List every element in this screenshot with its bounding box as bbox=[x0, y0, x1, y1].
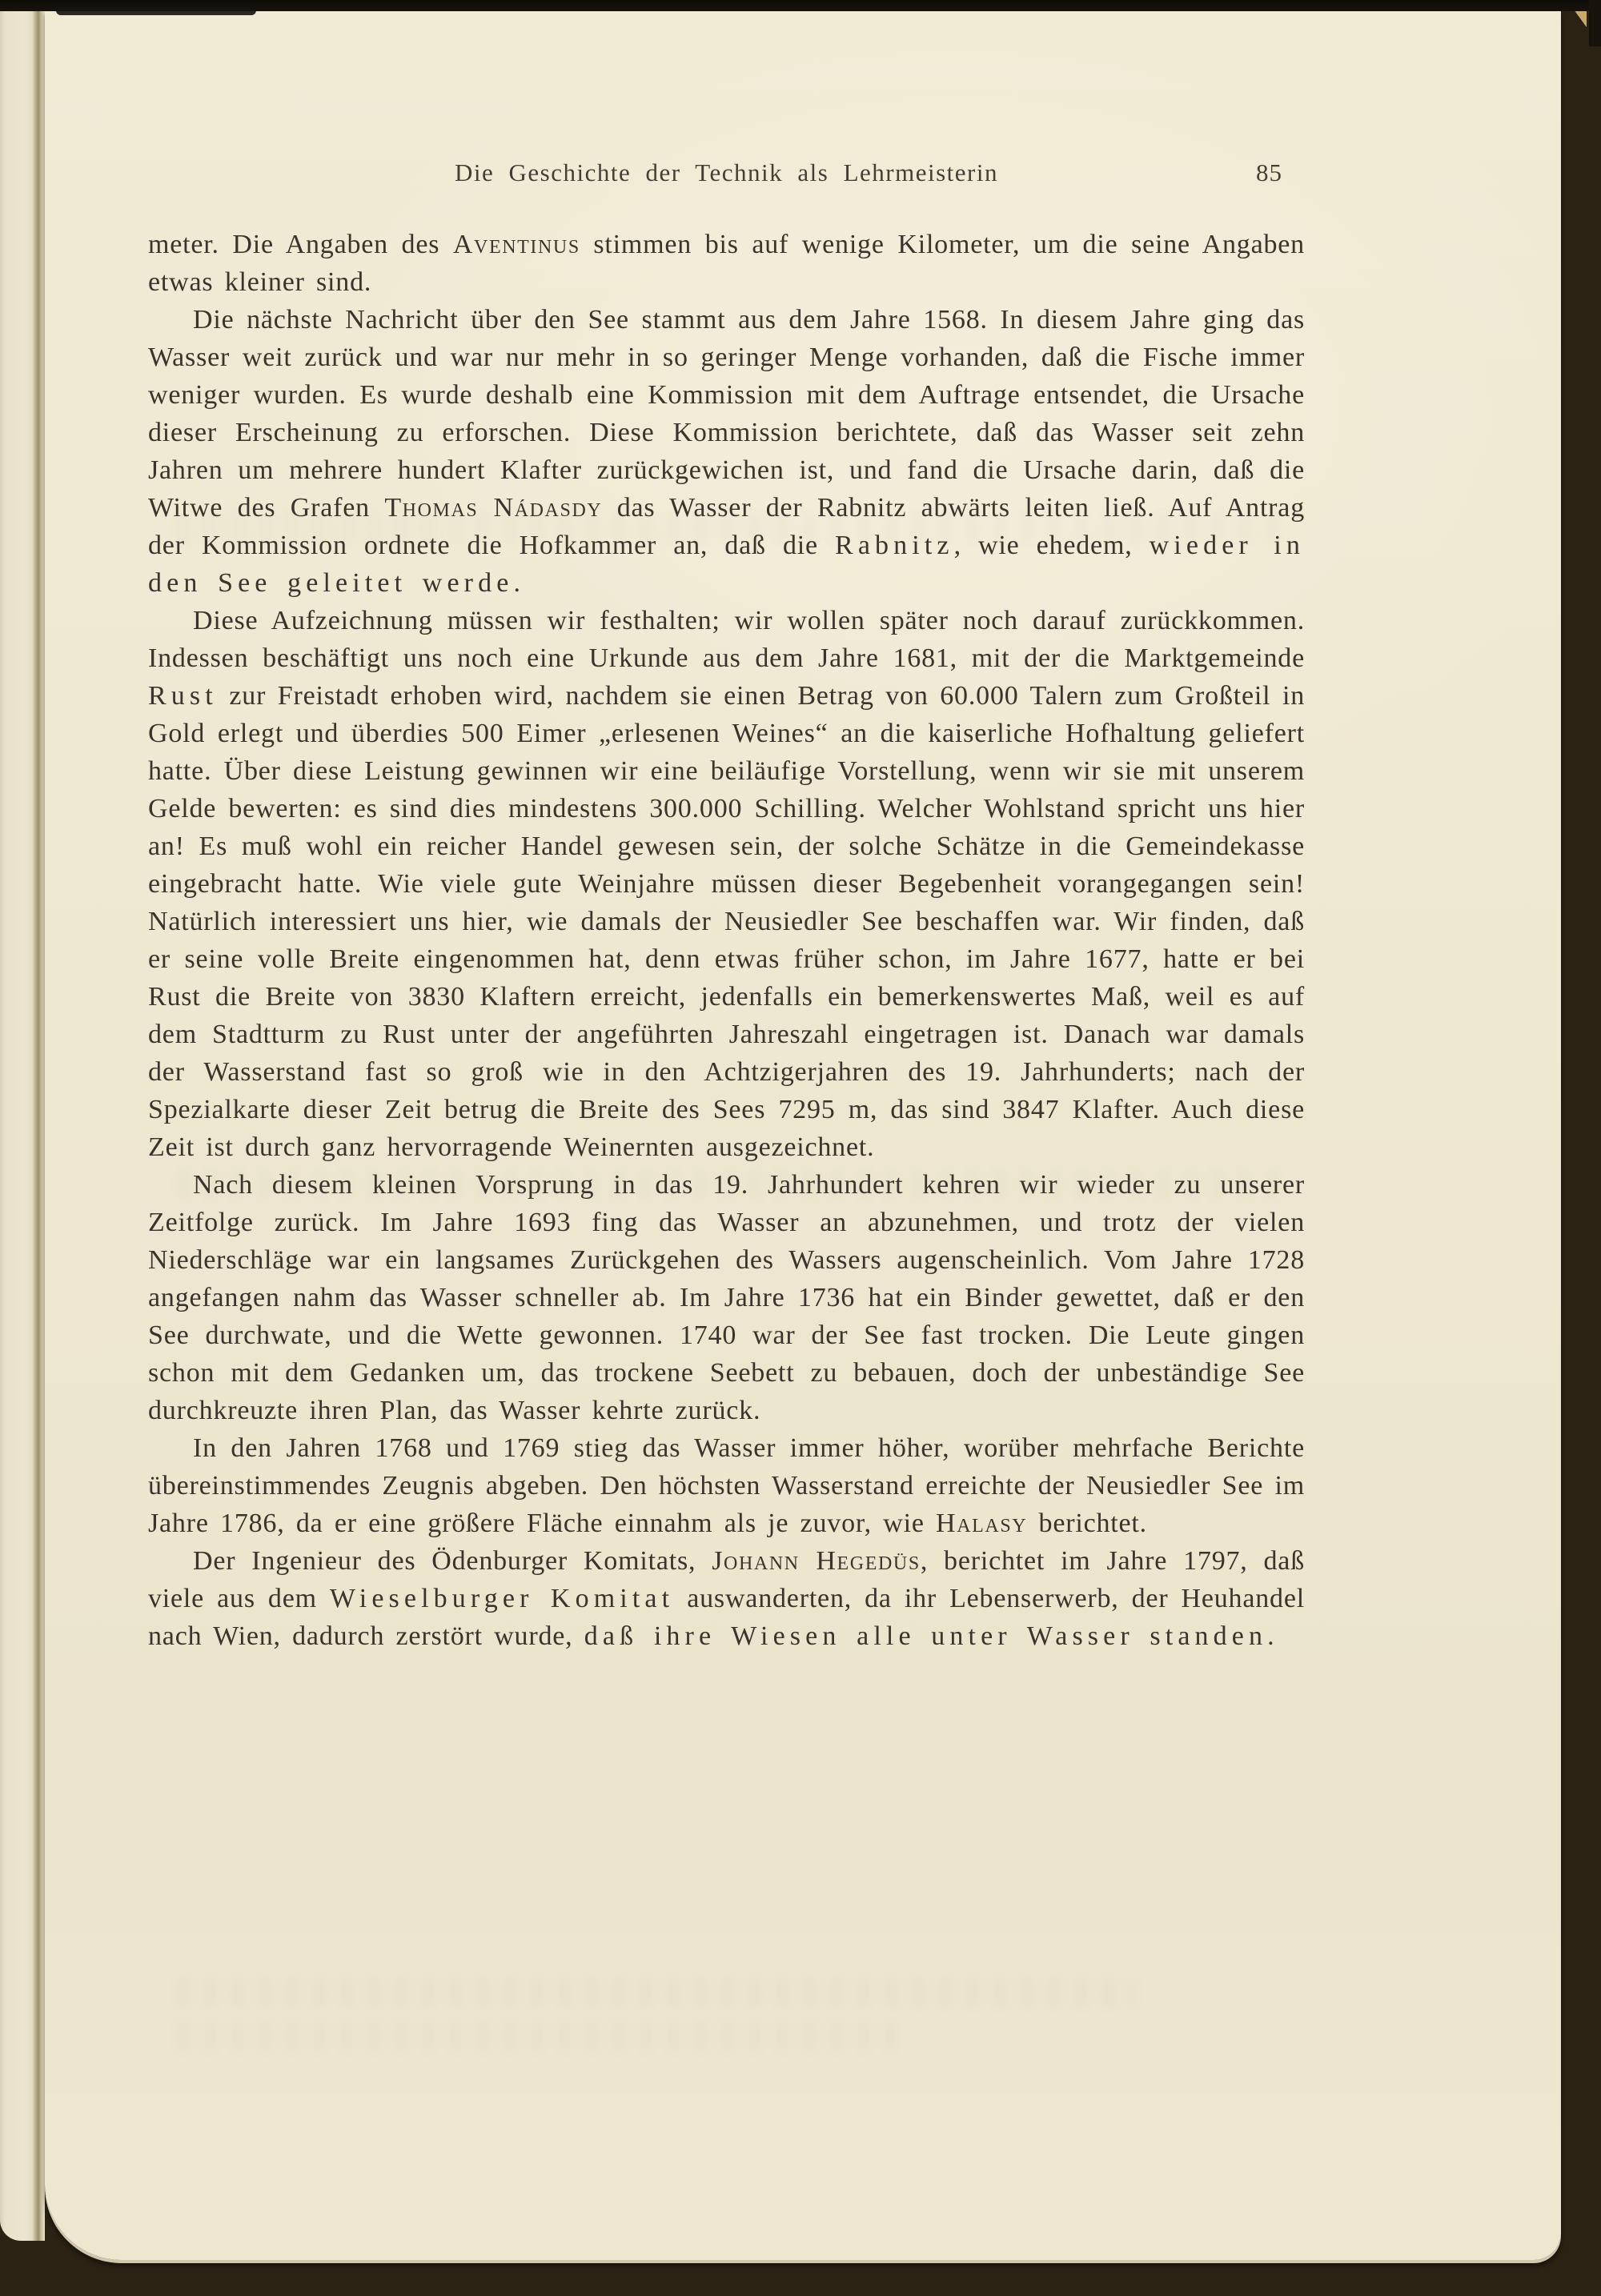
person-name-smallcaps: Thomas Nádasdy bbox=[384, 493, 602, 523]
letterspaced-emphasis: Wieselburger Komitat bbox=[330, 1584, 674, 1613]
paragraph: meter. Die Angaben des Aventinus stimmen… bbox=[148, 226, 1305, 301]
person-name-smallcaps: Halasy bbox=[936, 1509, 1027, 1538]
running-header: Die Geschichte der Technik als Lehrmeist… bbox=[148, 158, 1305, 194]
page-corner-notch bbox=[1574, 10, 1587, 27]
body-text: berichtet. bbox=[1027, 1509, 1147, 1538]
body-text: zur Freistadt erhoben wird, nachdem sie … bbox=[148, 681, 1305, 1162]
body-text: Die nächste Nachricht über den See stamm… bbox=[148, 305, 1305, 523]
body-text: . bbox=[513, 568, 520, 598]
letterspaced-emphasis: Rust bbox=[148, 681, 218, 711]
body-text: Der Ingenieur des Ödenburger Komitats, bbox=[193, 1546, 712, 1576]
left-page-edges bbox=[0, 8, 45, 2241]
text-block: meter. Die Angaben des Aventinus stimmen… bbox=[148, 226, 1305, 1655]
paragraph: Der Ingenieur des Ödenburger Komitats, J… bbox=[148, 1542, 1305, 1655]
person-name-smallcaps: Aventinus bbox=[453, 230, 580, 259]
person-name-smallcaps: Johann Hegedüs bbox=[712, 1546, 921, 1576]
letterspaced-emphasis: Rabnitz bbox=[835, 531, 954, 560]
running-header-title: Die Geschichte der Technik als Lehrmeist… bbox=[148, 158, 1305, 187]
body-text: , wie ehedem, bbox=[954, 531, 1150, 560]
book-page-scan: Die Geschichte der Technik als Lehrmeist… bbox=[0, 0, 1601, 2296]
paragraph: Die nächste Nachricht über den See stamm… bbox=[148, 301, 1305, 602]
right-page-edges bbox=[1559, 8, 1601, 2263]
body-text: Diese Aufzeichnung müssen wir festhalten… bbox=[148, 606, 1305, 673]
paragraph: Nach diesem kleinen Vorsprung in das 19.… bbox=[148, 1166, 1305, 1429]
scanner-background-top-right bbox=[1589, 0, 1601, 46]
body-text: Nach diesem kleinen Vorsprung in das 19.… bbox=[148, 1170, 1305, 1425]
paragraph: In den Jahren 1768 und 1769 stieg das Wa… bbox=[148, 1429, 1305, 1542]
body-text: . bbox=[1267, 1621, 1274, 1651]
letterspaced-emphasis: daß ihre Wiesen alle unter Wasser stande… bbox=[584, 1621, 1267, 1651]
body-text: meter. Die Angaben des bbox=[148, 230, 453, 259]
paragraph: Diese Aufzeichnung müssen wir festhalten… bbox=[148, 602, 1305, 1166]
scanner-background-top-detail bbox=[56, 8, 256, 15]
page-number: 85 bbox=[1256, 158, 1282, 187]
